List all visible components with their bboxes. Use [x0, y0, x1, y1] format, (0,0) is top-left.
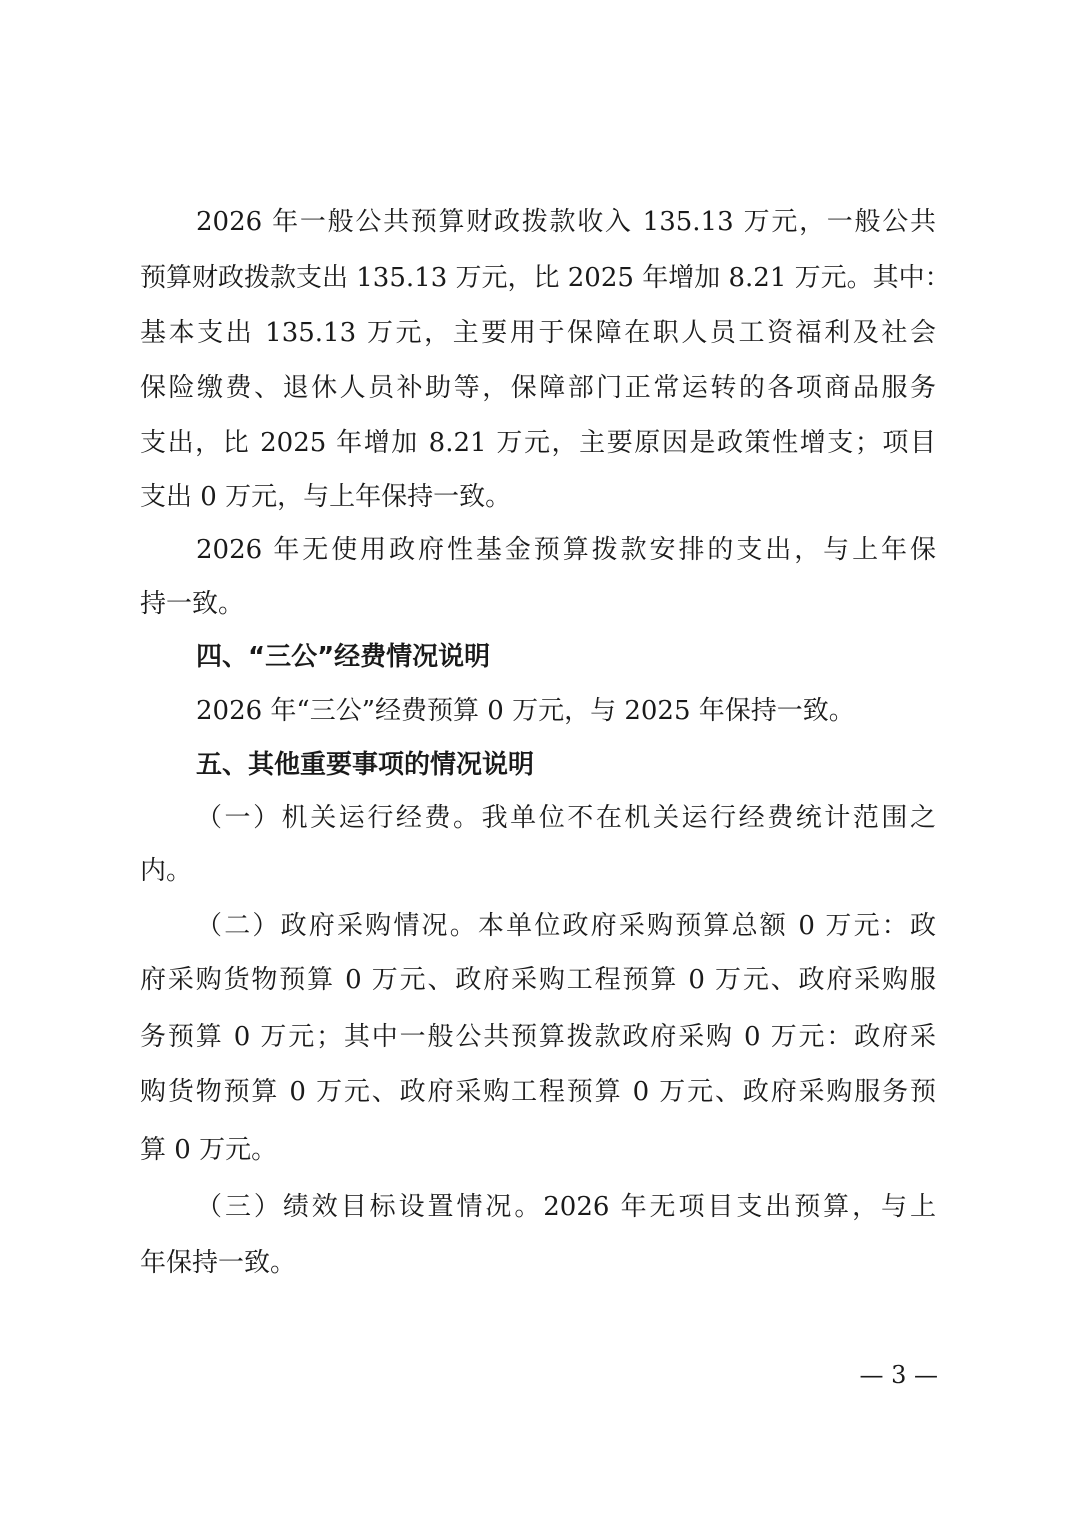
text-line: 2026 年一般公共预算财政拨款收入 135.13 万元，一般公共	[196, 202, 936, 242]
text-line: （一）机关运行经费。我单位不在机关运行经费统计范围之	[196, 798, 936, 838]
text-line: 购货物预算 0 万元、政府采购工程预算 0 万元、政府采购服务预	[140, 1072, 936, 1112]
text-line: 内。	[140, 851, 936, 891]
page-number: — 3 —	[858, 1360, 938, 1390]
text-line: 务预算 0 万元；其中一般公共预算拨款政府采购 0 万元：政府采	[140, 1017, 936, 1057]
text-line: 2026 年无使用政府性基金预算拨款安排的支出，与上年保	[196, 530, 936, 570]
text-line: 算 0 万元。	[140, 1130, 936, 1170]
text-line: 预算财政拨款支出 135.13 万元，比 2025 年增加 8.21 万元。其中…	[140, 258, 936, 298]
text-line: 年保持一致。	[140, 1243, 936, 1283]
text-line: 持一致。	[140, 584, 936, 624]
text-line: 支出 0 万元，与上年保持一致。	[140, 477, 936, 517]
text-line: （二）政府采购情况。本单位政府采购预算总额 0 万元：政	[196, 906, 936, 946]
section-heading-other-matters: 五、其他重要事项的情况说明	[196, 745, 936, 785]
text-line: 基本支出 135.13 万元，主要用于保障在职人员工资福利及社会	[140, 313, 936, 353]
text-line: 支出，比 2025 年增加 8.21 万元，主要原因是政策性增支；项目	[140, 423, 936, 463]
text-line: 府采购货物预算 0 万元、政府采购工程预算 0 万元、政府采购服	[140, 960, 936, 1000]
text-line: 2026 年“三公”经费预算 0 万元，与 2025 年保持一致。	[196, 691, 936, 731]
document-page: 2026 年一般公共预算财政拨款收入 135.13 万元，一般公共 预算财政拨款…	[0, 0, 1074, 1520]
text-line: 保险缴费、退休人员补助等，保障部门正常运转的各项商品服务	[140, 368, 936, 408]
text-line: （三）绩效目标设置情况。2026 年无项目支出预算，与上	[196, 1187, 936, 1227]
section-heading-three-public-expenses: 四、“三公”经费情况说明	[196, 637, 936, 677]
